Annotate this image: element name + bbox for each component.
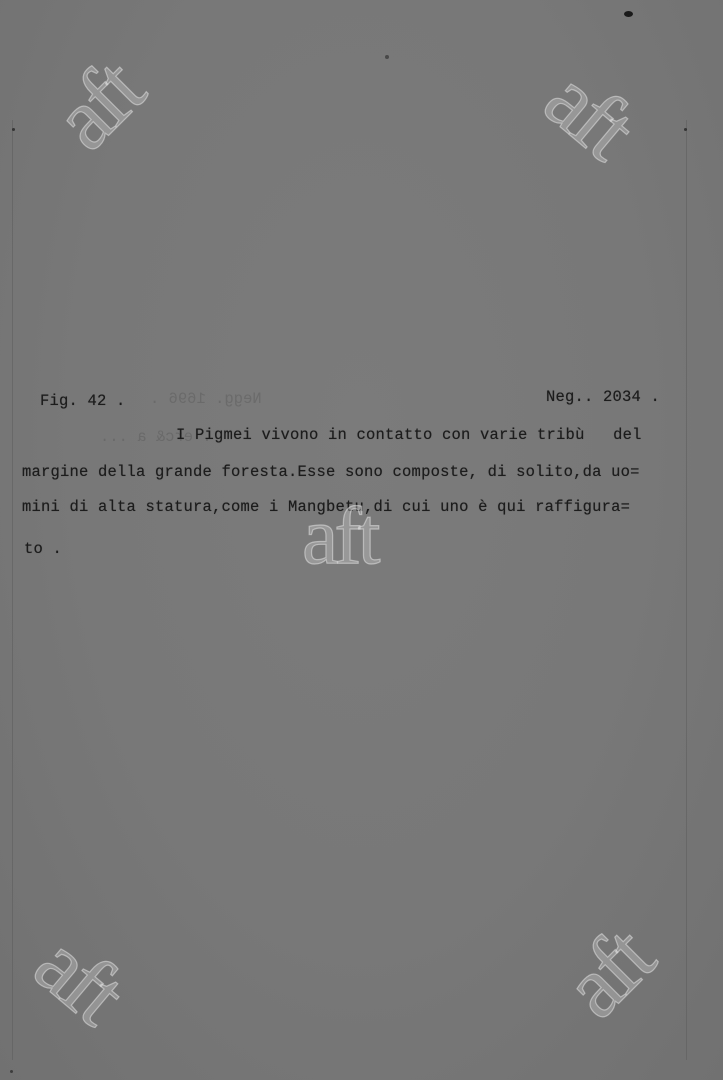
- caption-line: I Pigmei vivono in contatto con varie tr…: [176, 426, 642, 444]
- watermark-logo: aft: [39, 46, 158, 165]
- scanned-page: Negg. 1696 . . erc& a ... Fig. 42 . Neg.…: [0, 0, 723, 1080]
- watermark-logo: aft: [19, 919, 137, 1038]
- watermark-logo: aft: [529, 54, 647, 173]
- dust-speck: [12, 128, 15, 131]
- negative-number: Neg.. 2034 .: [546, 388, 660, 406]
- caption-line: margine della grande foresta.Esse sono c…: [22, 463, 640, 481]
- dust-speck: [624, 11, 633, 17]
- caption-line: to .: [24, 540, 62, 558]
- watermark-logo: aft: [549, 914, 668, 1033]
- dust-speck: [10, 1070, 13, 1073]
- page-edge-left: [12, 120, 13, 1060]
- bleed-through-header: Negg. 1696 .: [150, 390, 262, 408]
- page-edge-right: [686, 120, 687, 1060]
- dust-speck: [684, 128, 687, 131]
- figure-label: Fig. 42 .: [40, 392, 126, 410]
- dust-speck: [385, 55, 389, 59]
- watermark-logo: aft: [302, 495, 376, 577]
